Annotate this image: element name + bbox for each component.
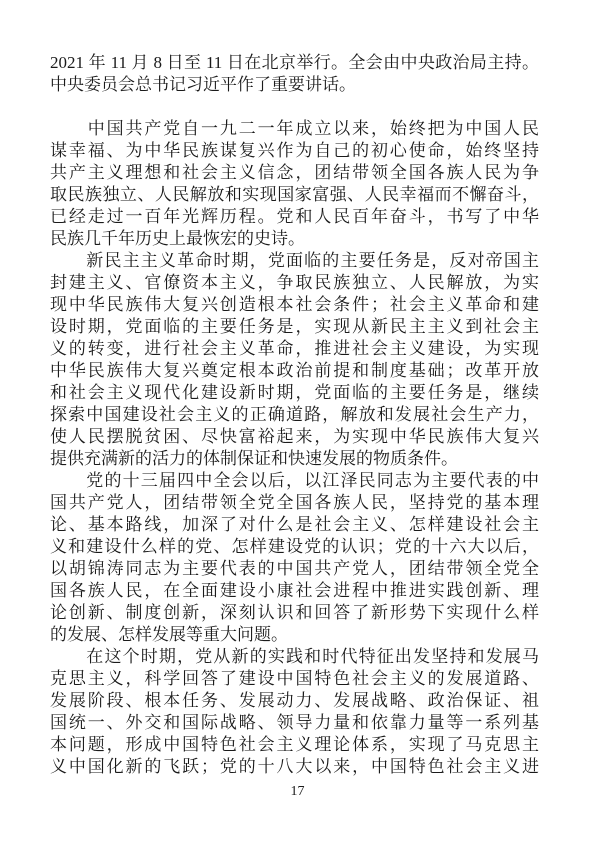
text-line: 使人民摆脱贫困、尽快富裕起来，为实现中华民族伟大复兴 <box>50 426 539 448</box>
text-line: 克思主义，科学回答了建设中国特色社会主义的发展道路、 <box>50 668 539 690</box>
text-line: 中央委员会总书记习近平作了重要讲话。 <box>50 74 539 96</box>
text-line: 新民主主义革命时期，党面临的主要任务是，反对帝国主义、 <box>50 250 539 272</box>
text-line: 探索中国建设社会主义的正确道路，解放和发展社会生产力， <box>50 404 539 426</box>
text-line: 封建主义、官僚资本主义，争取民族独立、人民解放，为实 <box>50 272 539 294</box>
text-line: 2021 年 11 月 8 日至 11 日在北京举行。全会由中央政治局主持。 <box>50 52 539 74</box>
text-line: 设时期，党面临的主要任务是，实现从新民主主义到社会主 <box>50 316 539 338</box>
text-line: 本问题，形成中国特色社会主义理论体系，实现了马克思主 <box>50 734 539 756</box>
text-line: 义和建设什么样的党、怎样建设党的认识；党的十六大以后， <box>50 536 539 558</box>
text-line: 义的转变，进行社会主义革命，推进社会主义建设，为实现 <box>50 338 539 360</box>
text-line: 在这个时期，党从新的实践和时代特征出发坚持和发展马 <box>50 646 539 668</box>
text-line: 党的十三届四中全会以后，以江泽民同志为主要代表的中 <box>50 470 539 492</box>
text-line: 的发展、怎样发展等重大问题。 <box>50 624 539 646</box>
text-line: 谋幸福、为中华民族谋复兴作为自己的初心使命，始终坚持 <box>50 140 539 162</box>
paragraph-party-century: 中国共产党自一九二一年成立以来，始终把为中国人民谋幸福、为中华民族谋复兴作为自己… <box>50 118 539 250</box>
text-line: 论、基本路线，加深了对什么是社会主义、怎样建设社会主 <box>50 514 539 536</box>
text-line: 国共产党人，团结带领全党全国各族人民，坚持党的基本理 <box>50 492 539 514</box>
text-line: 取民族独立、人民解放和实现国家富强、人民幸福而不懈奋斗， <box>50 184 539 206</box>
paragraph-this-period: 在这个时期，党从新的实践和时代特征出发坚持和发展马克思主义，科学回答了建设中国特… <box>50 646 539 778</box>
text-line: 中华民族伟大复兴奠定根本政治前提和制度基础；改革开放 <box>50 360 539 382</box>
text-line: 共产主义理想和社会主义信念，团结带领全国各族人民为争 <box>50 162 539 184</box>
text-line: 发展阶段、根本任务、发展动力、发展战略、政治保证、祖 <box>50 690 539 712</box>
text-line: 和社会主义现代化建设新时期，党面临的主要任务是，继续 <box>50 382 539 404</box>
text-line: 已经走过一百年光辉历程。党和人民百年奋斗，书写了中华 <box>50 206 539 228</box>
text-line: 以胡锦涛同志为主要代表的中国共产党人，团结带领全党全 <box>50 558 539 580</box>
paragraph-historical-periods: 新民主主义革命时期，党面临的主要任务是，反对帝国主义、封建主义、官僚资本主义，争… <box>50 250 539 470</box>
text-line: 国各族人民，在全面建设小康社会进程中推进实践创新、理 <box>50 580 539 602</box>
paragraph-intro-continuation: 2021 年 11 月 8 日至 11 日在北京举行。全会由中央政治局主持。中央… <box>50 52 539 96</box>
text-line: 义中国化新的飞跃；党的十八大以来，中国特色社会主义进 <box>50 756 539 778</box>
document-page: 2021 年 11 月 8 日至 11 日在北京举行。全会由中央政治局主持。中央… <box>0 0 595 842</box>
document-body: 2021 年 11 月 8 日至 11 日在北京举行。全会由中央政治局主持。中央… <box>50 52 539 778</box>
page-number: 17 <box>0 783 595 801</box>
paragraph-after-13th-4th-plenum: 党的十三届四中全会以后，以江泽民同志为主要代表的中国共产党人，团结带领全党全国各… <box>50 470 539 646</box>
text-line: 论创新、制度创新，深刻认识和回答了新形势下实现什么样 <box>50 602 539 624</box>
text-line: 中国共产党自一九二一年成立以来，始终把为中国人民 <box>50 118 539 140</box>
text-line: 国统一、外交和国际战略、领导力量和依靠力量等一系列基 <box>50 712 539 734</box>
text-line: 现中华民族伟大复兴创造根本社会条件；社会主义革命和建 <box>50 294 539 316</box>
text-line: 提供充满新的活力的体制保证和快速发展的物质条件。 <box>50 448 539 470</box>
text-line: 民族几千年历史上最恢宏的史诗。 <box>50 228 539 250</box>
